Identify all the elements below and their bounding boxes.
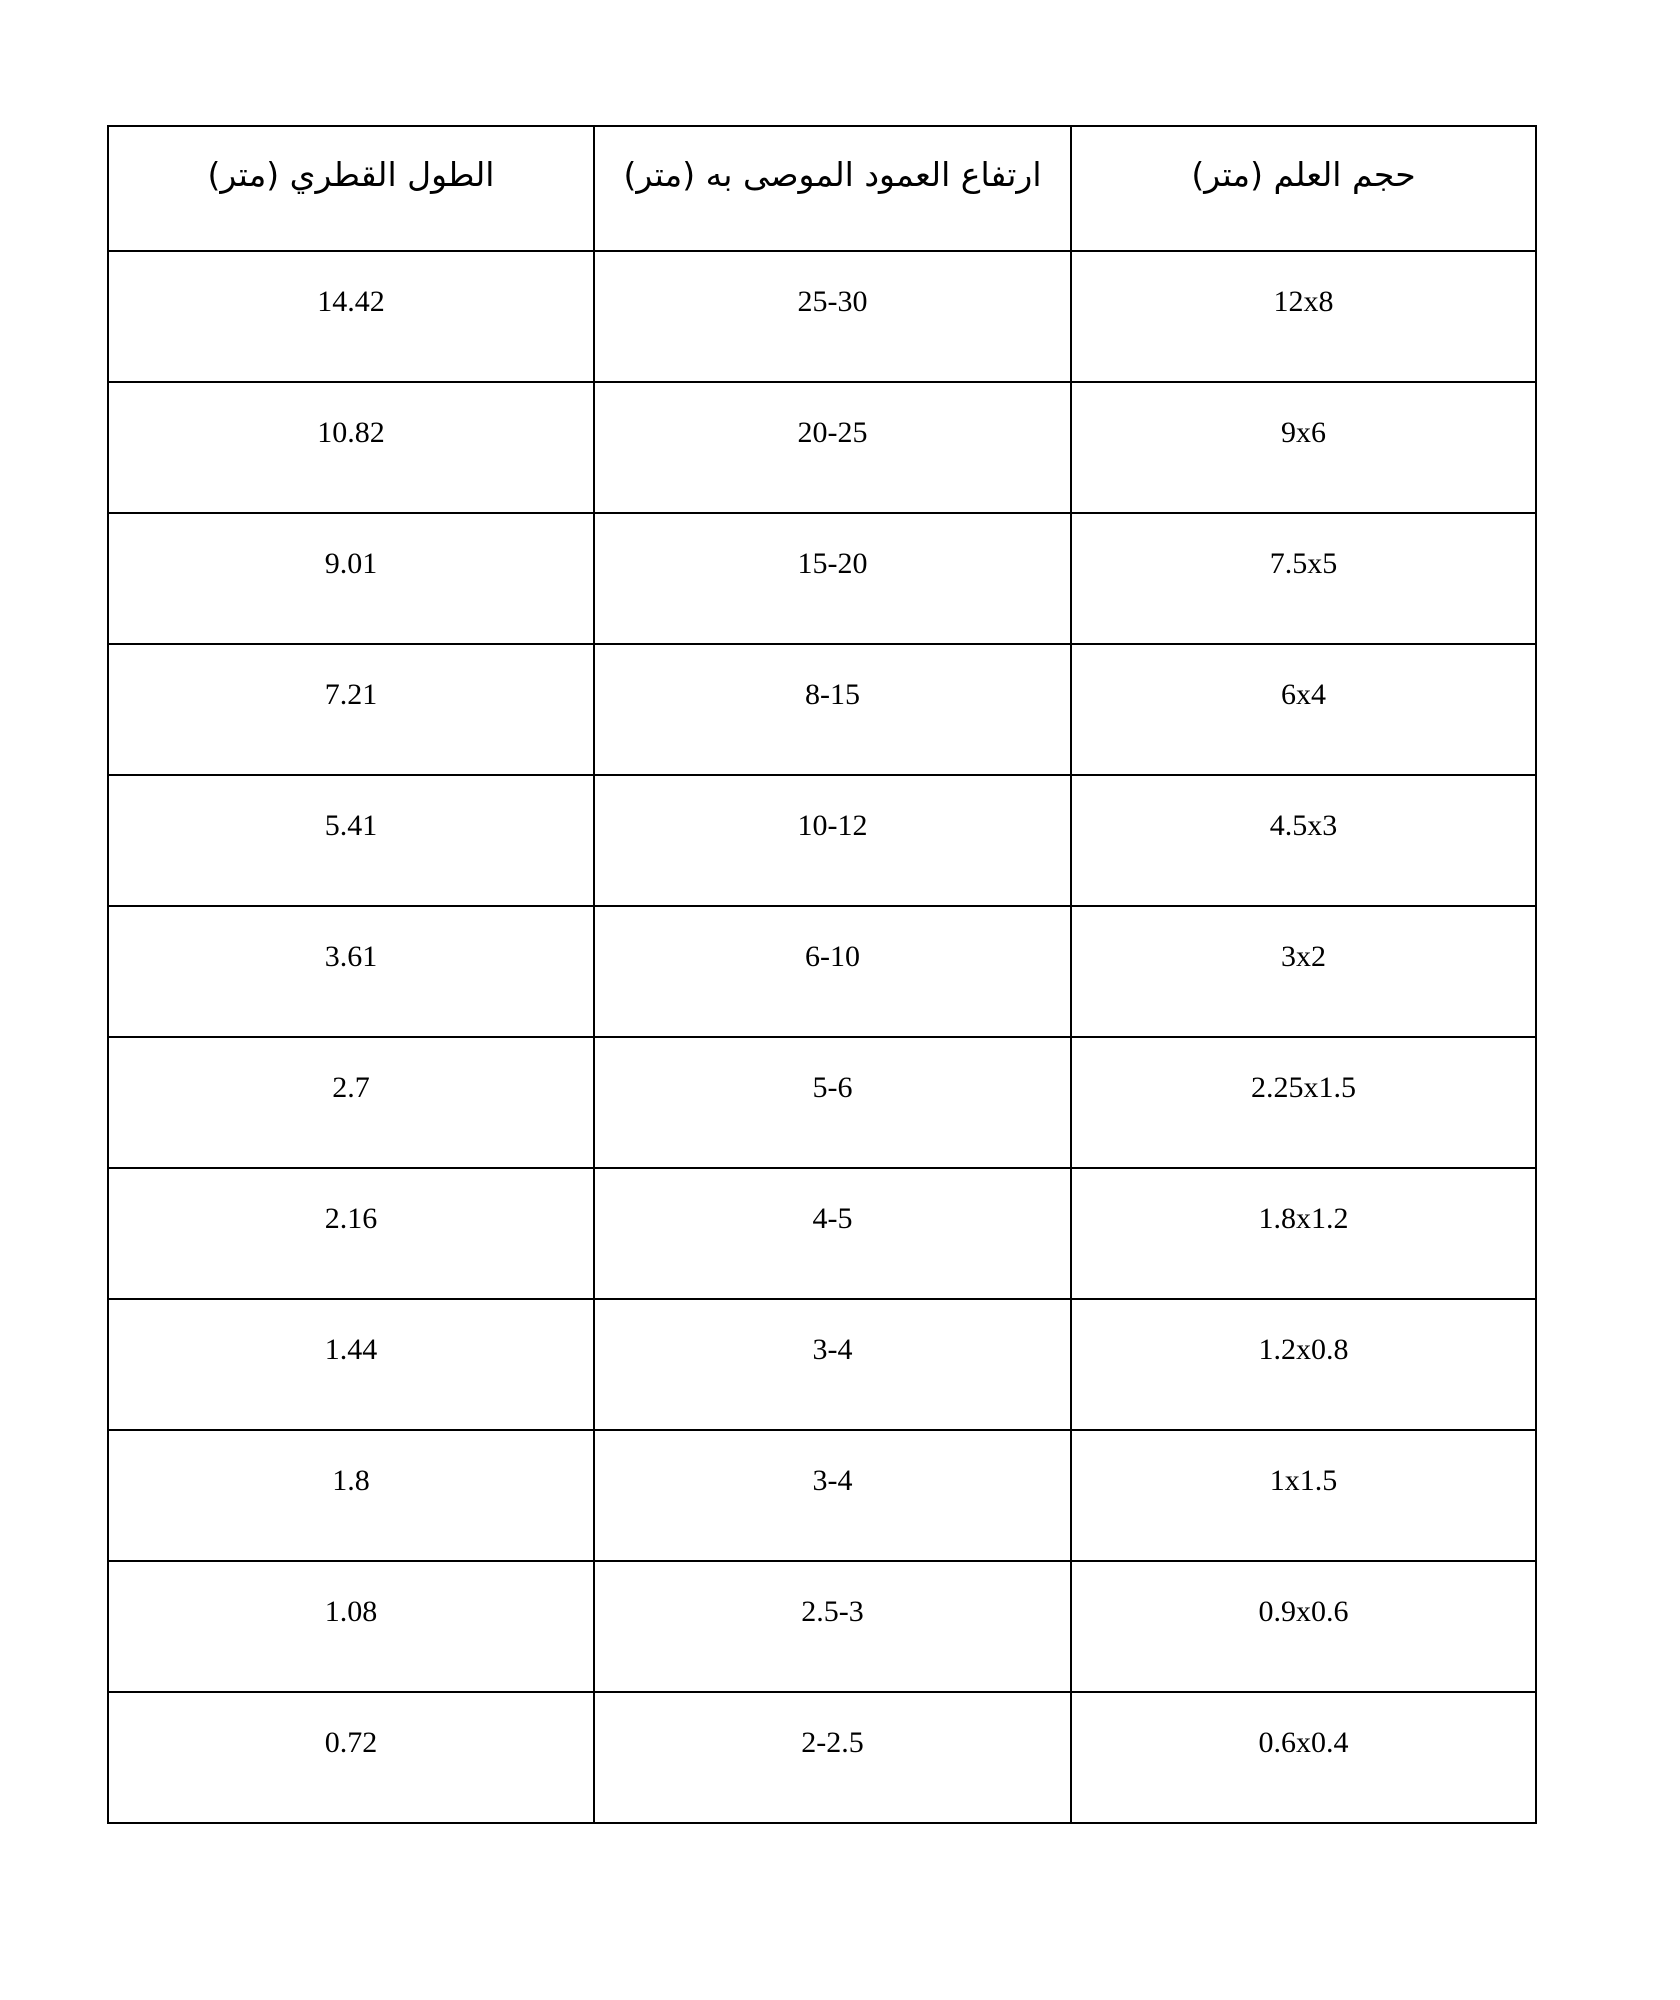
table-row: 9x620-2510.82 — [108, 382, 1536, 513]
cell-flag-size: 0.9x0.6 — [1071, 1561, 1536, 1692]
cell-pole-height: 4-5 — [594, 1168, 1071, 1299]
header-pole-height: ارتفاع العمود الموصى به (متر) — [594, 126, 1071, 251]
cell-flag-size: 1.8x1.2 — [1071, 1168, 1536, 1299]
cell-pole-height: 10-12 — [594, 775, 1071, 906]
cell-pole-height: 15-20 — [594, 513, 1071, 644]
cell-flag-size: 1.2x0.8 — [1071, 1299, 1536, 1430]
table-row: 7.5x515-209.01 — [108, 513, 1536, 644]
table-row: 1.8x1.24-52.16 — [108, 1168, 1536, 1299]
cell-flag-size: 0.6x0.4 — [1071, 1692, 1536, 1823]
table-row: 0.9x0.62.5-31.08 — [108, 1561, 1536, 1692]
cell-pole-height: 25-30 — [594, 251, 1071, 382]
cell-flag-size: 6x4 — [1071, 644, 1536, 775]
table-row: 12x825-3014.42 — [108, 251, 1536, 382]
table-body: 12x825-3014.429x620-2510.827.5x515-209.0… — [108, 251, 1536, 1823]
table-row: 3x26-103.61 — [108, 906, 1536, 1037]
table-row: 6x48-157.21 — [108, 644, 1536, 775]
table-row: 2.25x1.55-62.7 — [108, 1037, 1536, 1168]
cell-pole-height: 3-4 — [594, 1299, 1071, 1430]
table-row: 1x1.53-41.8 — [108, 1430, 1536, 1561]
cell-flag-size: 12x8 — [1071, 251, 1536, 382]
cell-flag-size: 3x2 — [1071, 906, 1536, 1037]
cell-pole-height: 6-10 — [594, 906, 1071, 1037]
cell-pole-height: 20-25 — [594, 382, 1071, 513]
cell-flag-size: 4.5x3 — [1071, 775, 1536, 906]
cell-diagonal: 3.61 — [108, 906, 594, 1037]
cell-diagonal: 0.72 — [108, 1692, 594, 1823]
cell-flag-size: 9x6 — [1071, 382, 1536, 513]
cell-flag-size: 1x1.5 — [1071, 1430, 1536, 1561]
cell-flag-size: 2.25x1.5 — [1071, 1037, 1536, 1168]
cell-pole-height: 2.5-3 — [594, 1561, 1071, 1692]
cell-flag-size: 7.5x5 — [1071, 513, 1536, 644]
table-row: 4.5x310-125.41 — [108, 775, 1536, 906]
cell-diagonal: 9.01 — [108, 513, 594, 644]
flag-size-table: حجم العلم (متر) ارتفاع العمود الموصى به … — [107, 125, 1537, 1824]
table-row: 1.2x0.83-41.44 — [108, 1299, 1536, 1430]
cell-diagonal: 7.21 — [108, 644, 594, 775]
cell-diagonal: 1.08 — [108, 1561, 594, 1692]
table-row: 0.6x0.42-2.50.72 — [108, 1692, 1536, 1823]
document-page: حجم العلم (متر) ارتفاع العمود الموصى به … — [0, 0, 1680, 2000]
cell-pole-height: 5-6 — [594, 1037, 1071, 1168]
cell-diagonal: 5.41 — [108, 775, 594, 906]
cell-diagonal: 1.44 — [108, 1299, 594, 1430]
cell-pole-height: 3-4 — [594, 1430, 1071, 1561]
cell-diagonal: 10.82 — [108, 382, 594, 513]
table-header-row: حجم العلم (متر) ارتفاع العمود الموصى به … — [108, 126, 1536, 251]
cell-diagonal: 14.42 — [108, 251, 594, 382]
header-flag-size: حجم العلم (متر) — [1071, 126, 1536, 251]
cell-diagonal: 1.8 — [108, 1430, 594, 1561]
cell-diagonal: 2.7 — [108, 1037, 594, 1168]
cell-diagonal: 2.16 — [108, 1168, 594, 1299]
cell-pole-height: 2-2.5 — [594, 1692, 1071, 1823]
header-diagonal-length: الطول القطري (متر) — [108, 126, 594, 251]
cell-pole-height: 8-15 — [594, 644, 1071, 775]
